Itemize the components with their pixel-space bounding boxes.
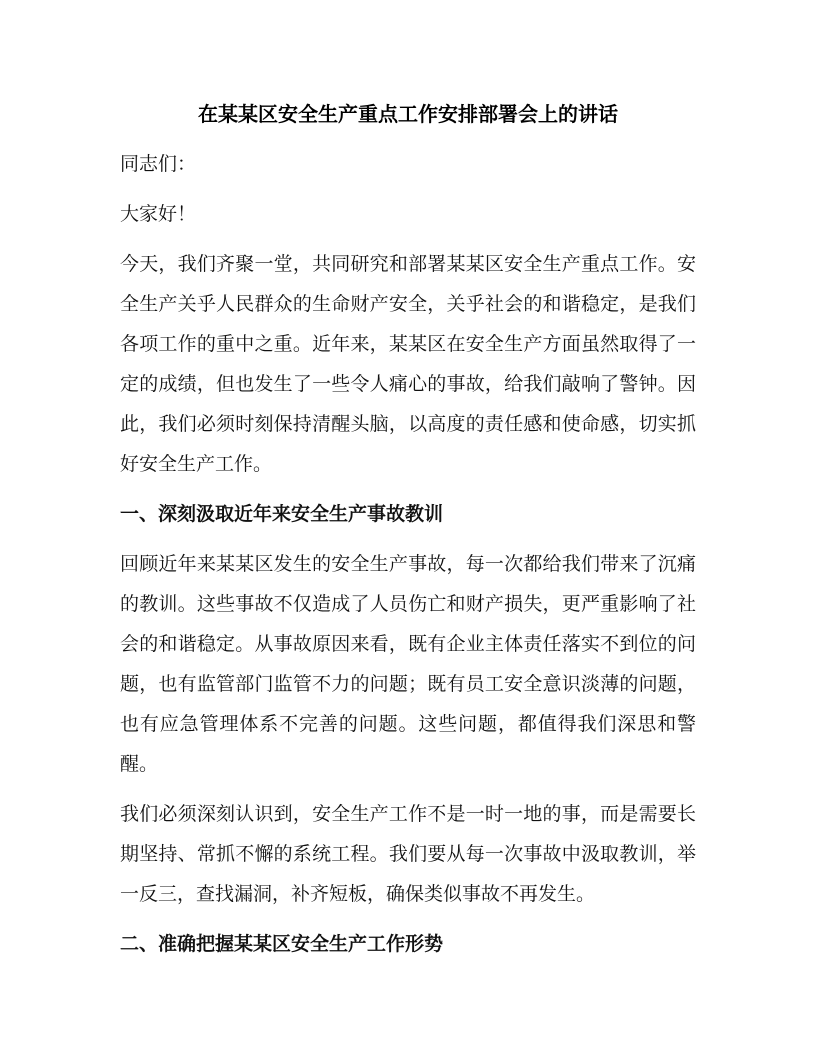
section1-paragraph-1: 回顾近年来某某区发生的安全生产事故，每一次都给我们带来了沉痛的教训。这些事故不仅… xyxy=(120,544,696,784)
section1-paragraph-2: 我们必须深刻认识到，安全生产工作不是一时一地的事，而是需要长期坚持、常抓不懈的系… xyxy=(120,794,696,914)
section-heading-2: 二、准确把握某某区安全生产工作形势 xyxy=(120,924,696,964)
document-page: 在某某区安全生产重点工作安排部署会上的讲话 同志们： 大家好！ 今天，我们齐聚一… xyxy=(0,0,816,1056)
intro-paragraph: 今天，我们齐聚一堂，共同研究和部署某某区安全生产重点工作。安全生产关乎人民群众的… xyxy=(120,244,696,484)
greeting-paragraph: 大家好！ xyxy=(120,194,696,234)
document-title: 在某某区安全生产重点工作安排部署会上的讲话 xyxy=(120,94,696,134)
section-heading-1: 一、深刻汲取近年来安全生产事故教训 xyxy=(120,494,696,534)
salutation-paragraph: 同志们： xyxy=(120,144,696,184)
